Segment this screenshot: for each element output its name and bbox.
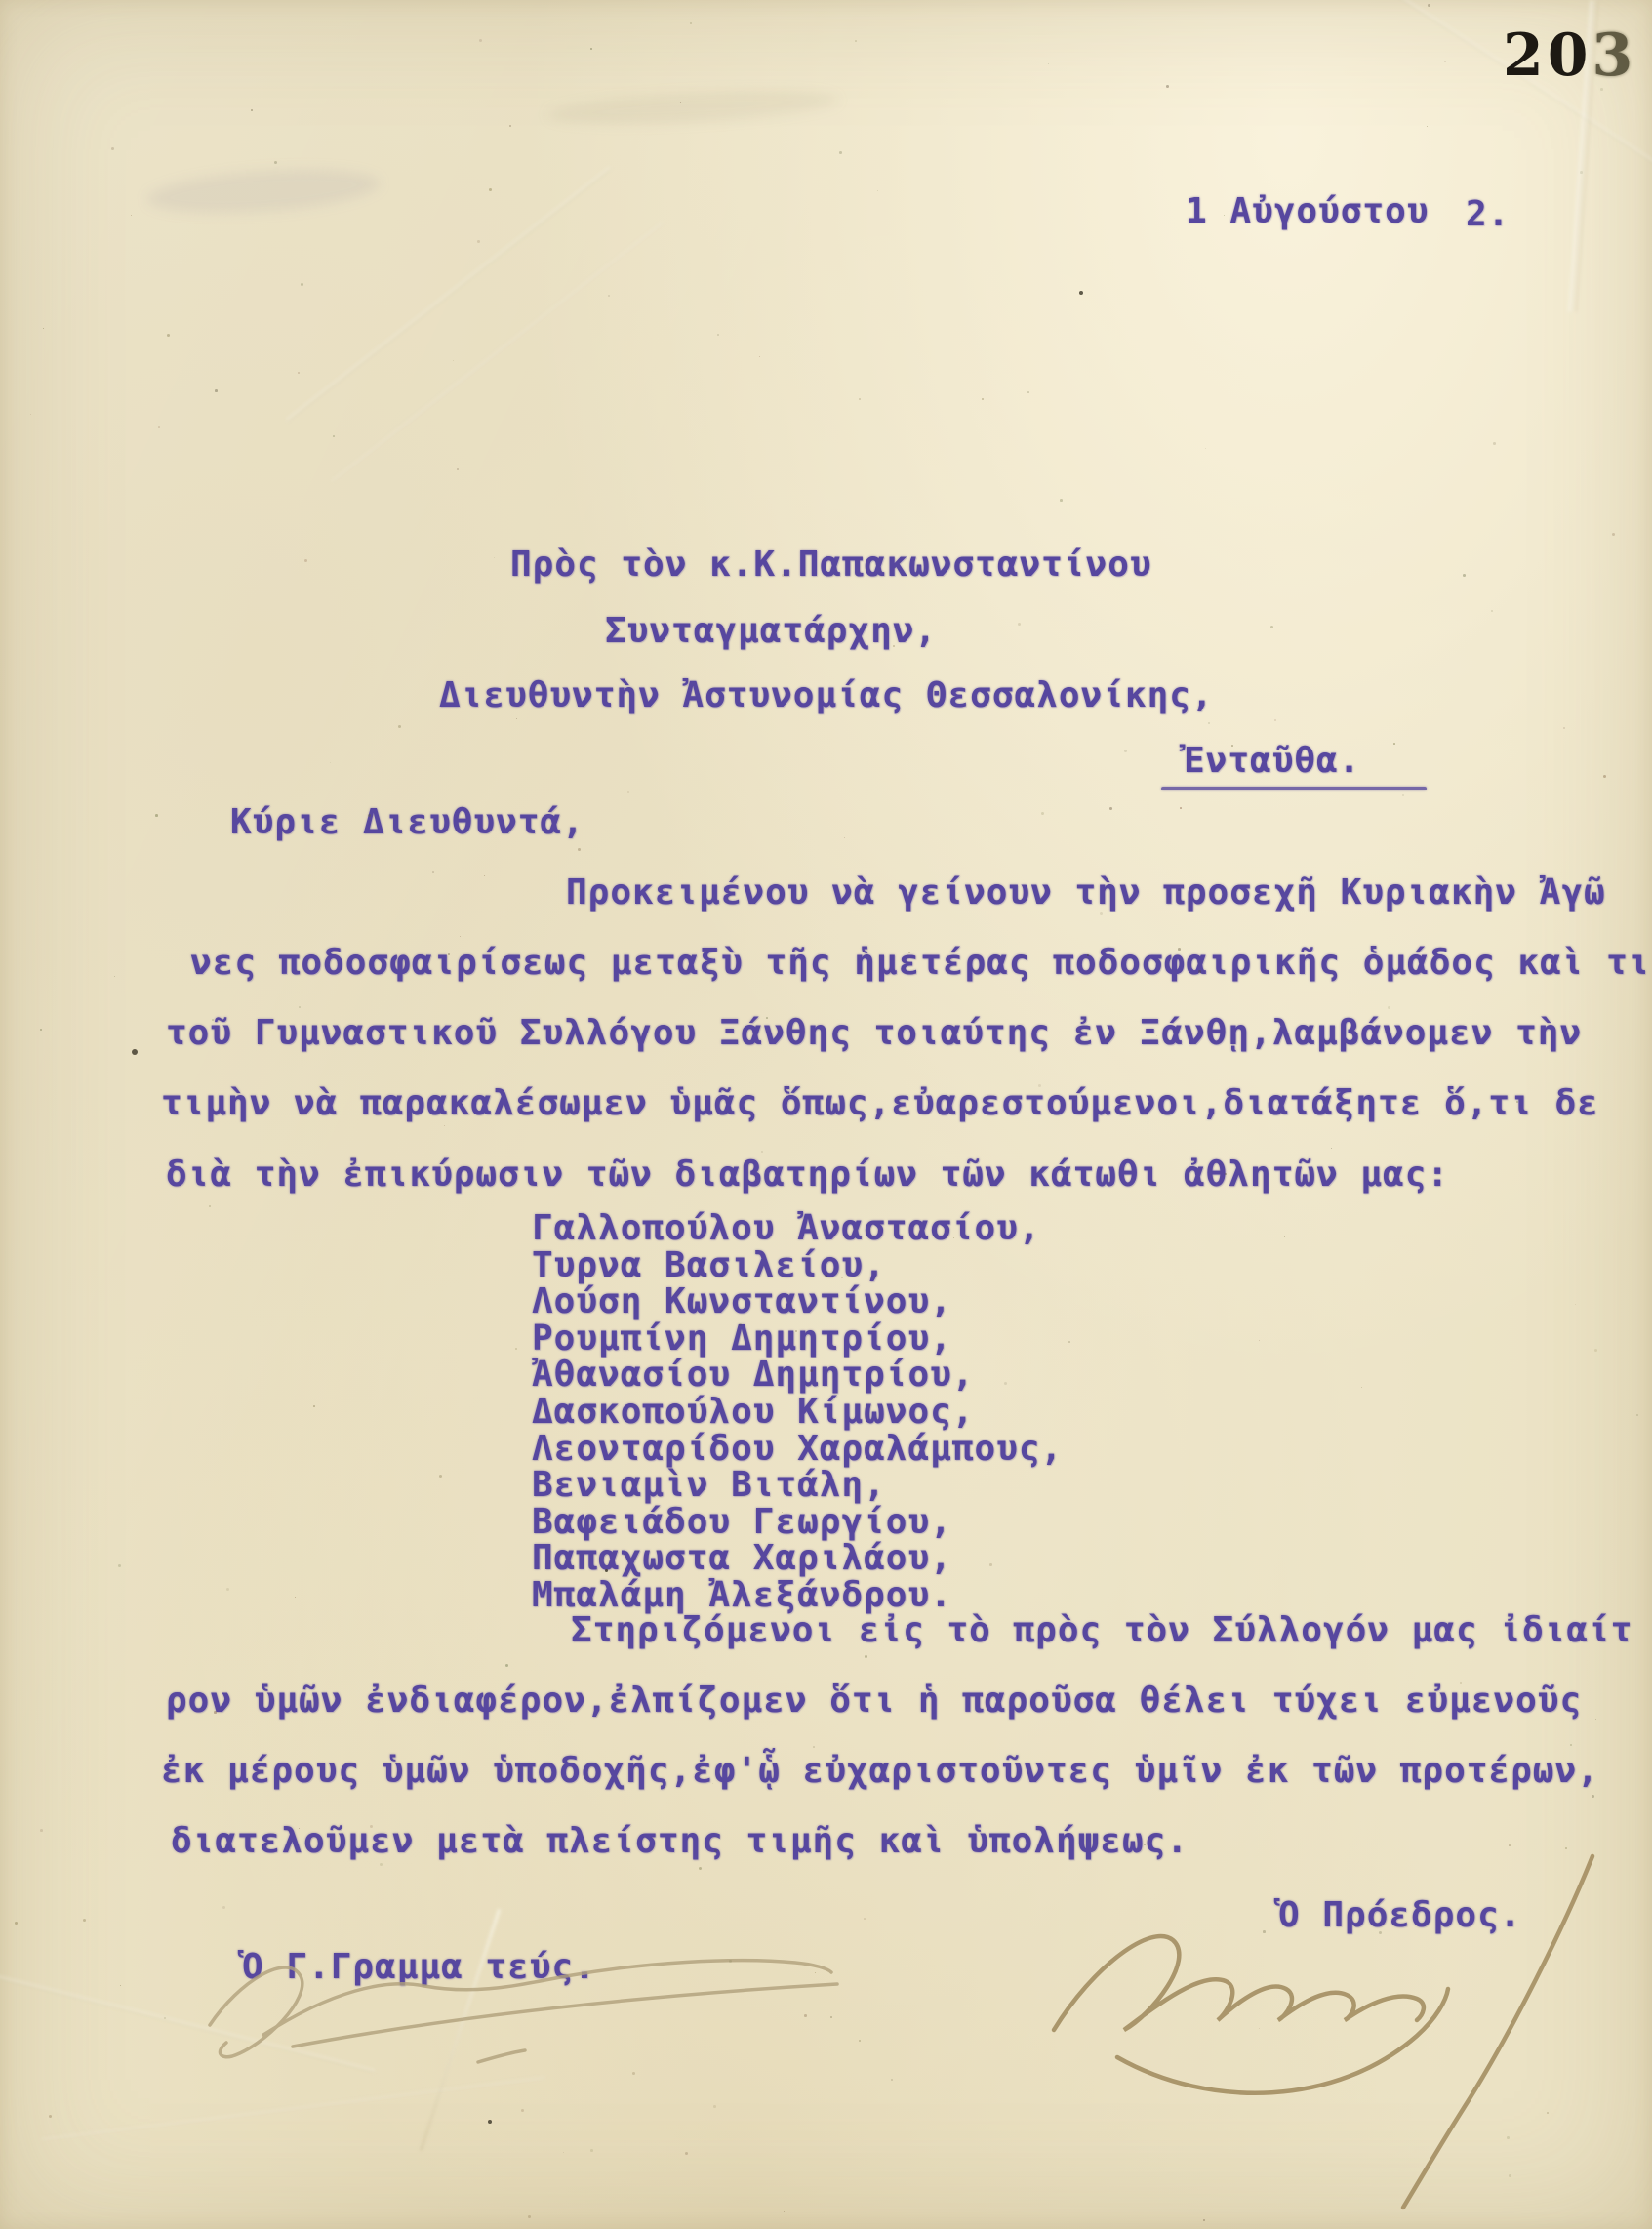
paper-speckle — [1491, 610, 1493, 612]
paper-speckle — [1331, 1148, 1332, 1149]
place-underline — [1161, 787, 1427, 790]
body-line: ἐκ μέρους ὑμῶν ὑποδοχῆς,ἐφ'ᾧ εὐχαριστοῦν… — [161, 1751, 1599, 1792]
paper-speckle — [1259, 1340, 1260, 1341]
athlete-list-item: Παπαχωστα Χαριλάου, — [532, 1540, 1063, 1577]
body-line: τιμὴν νὰ παρακαλέσωμεν ὑμᾶς ὅπως,εὐαρεστ… — [161, 1083, 1599, 1124]
paper-speckle — [49, 2115, 52, 2118]
paper-speckle — [1594, 1349, 1597, 1352]
paper-speckle — [563, 2152, 564, 2153]
paper-speckle — [40, 1829, 43, 1832]
recipient-place-line: Ἐνταῦθα. — [1184, 741, 1360, 782]
scanned-letter-page: 203 1 Αὐγούστου 2. Πρὸς τὸν κ.Κ.Παπακωνσ… — [0, 0, 1652, 2229]
paper-speckle — [528, 2215, 531, 2218]
paper-speckle — [505, 1664, 508, 1667]
paper-speckle — [717, 334, 719, 336]
athlete-list-item: Βαφειάδου Γεωργίου, — [532, 1504, 1063, 1541]
paper-speckle — [685, 2152, 688, 2155]
paper-speckle — [1018, 623, 1021, 626]
paper-speckle — [111, 147, 114, 150]
paper-speckle — [1388, 1006, 1390, 1009]
paper-speckle — [516, 718, 517, 719]
paper-speckle — [251, 109, 253, 111]
athlete-list-item: Μπαλάμη Ἀλεξάνδρου. — [532, 1577, 1063, 1614]
paper-speckle — [167, 334, 170, 337]
page-number-faded-digit: 3 — [1592, 21, 1637, 90]
paper-speckle — [690, 22, 692, 24]
paper-speckle — [1180, 807, 1182, 809]
athlete-list-item: Γαλλοπούλου Ἀναστασίου, — [532, 1210, 1063, 1247]
paper-speckle — [1048, 63, 1049, 64]
paper-speckle — [457, 468, 459, 470]
paper-speckle — [1166, 85, 1169, 88]
paper-speckle — [215, 389, 218, 392]
paper-speckle — [1270, 626, 1273, 628]
paper-speckle — [83, 1919, 86, 1922]
paper-speckle — [226, 1588, 229, 1591]
paper-speckle — [839, 151, 842, 154]
paper-fleck — [132, 1049, 138, 1055]
paper-speckle — [859, 2040, 861, 2042]
athlete-list-item: Λούση Κωνσταντίνου, — [532, 1283, 1063, 1320]
paper-speckle — [494, 557, 495, 558]
ink-smudge — [545, 85, 839, 130]
paper-speckle — [515, 1348, 517, 1350]
paper-speckle — [509, 125, 511, 127]
paper-speckle — [1027, 391, 1029, 393]
paper-speckle — [1570, 1744, 1572, 1746]
paper-speckle — [439, 1475, 442, 1478]
paper-speckle — [1493, 442, 1496, 445]
paper-speckle — [432, 871, 434, 873]
paper-fleck — [488, 2120, 492, 2124]
paper-crease — [287, 167, 612, 422]
paper-speckle — [1612, 533, 1615, 536]
secretary-signature — [185, 1937, 849, 2093]
paper-speckle — [891, 2079, 893, 2081]
paper-speckle — [164, 2017, 166, 2019]
date-year: 2. — [1466, 194, 1510, 235]
paper-speckle — [158, 426, 160, 428]
paper-speckle — [1575, 1304, 1576, 1305]
paper-speckle — [1208, 722, 1210, 724]
body-line: διὰ τὴν ἐπικύρωσιν τῶν διαβατηρίων τῶν κ… — [166, 1155, 1449, 1196]
paper-speckle — [301, 283, 303, 286]
paper-speckle — [1595, 1719, 1596, 1720]
paper-speckle — [859, 398, 861, 400]
paper-speckle — [784, 2211, 785, 2212]
salutation: Κύριε Διευθυντά, — [230, 802, 584, 843]
paper-speckle — [295, 1597, 296, 1598]
paper-speckle — [578, 848, 581, 851]
paper-speckle — [222, 1906, 225, 1909]
body-line: ρον ὑμῶν ἐνδιαφέρον,ἐλπίζομεν ὅτι ἡ παρο… — [166, 1681, 1582, 1722]
paper-speckle — [1563, 727, 1565, 729]
paper-speckle — [1205, 448, 1206, 449]
paper-speckle — [601, 304, 602, 304]
body-line: Προκειμένου νὰ γείνουν τὴν προσεχῆ Κυρια… — [566, 872, 1606, 913]
paper-speckle — [298, 372, 300, 374]
paper-speckle — [1274, 719, 1276, 721]
paper-speckle — [333, 435, 335, 437]
paper-speckle — [608, 295, 610, 297]
paper-speckle — [864, 1918, 866, 1920]
date-text: 1 Αὐγούστου — [1186, 191, 1429, 232]
paper-speckle — [759, 356, 760, 357]
paper-speckle — [489, 188, 492, 191]
paper-speckle — [209, 1205, 211, 1207]
paper-speckle — [627, 791, 629, 793]
paper-fleck — [1079, 291, 1083, 295]
page-number-stamp: 203 — [1503, 21, 1636, 90]
paper-speckle — [330, 762, 331, 763]
paper-speckle — [1592, 1795, 1594, 1798]
paper-crease — [332, 223, 664, 482]
paper-speckle — [1284, 1236, 1285, 1237]
paper-speckle — [1444, 61, 1446, 62]
paper-speckle — [1124, 750, 1127, 752]
paper-speckle — [1060, 499, 1063, 502]
athlete-list: Γαλλοπούλου Ἀναστασίου, Τυρνα Βασιλείου,… — [532, 1210, 1063, 1614]
page-number-main: 20 — [1503, 21, 1592, 90]
paper-speckle — [453, 360, 454, 361]
body-line: τοῦ Γυμναστικοῦ Συλλόγου Ξάνθης τοιαύτης… — [166, 1013, 1582, 1054]
paper-speckle — [699, 1867, 702, 1870]
paper-speckle — [680, 102, 681, 103]
paper-speckle — [877, 190, 878, 191]
paper-speckle — [982, 398, 984, 400]
paper-speckle — [479, 39, 482, 42]
paper-speckle — [855, 40, 857, 42]
ink-smudge — [145, 163, 382, 221]
paper-speckle — [713, 2105, 716, 2108]
paper-speckle — [304, 559, 307, 562]
paper-speckle — [131, 215, 132, 216]
paper-speckle — [1041, 812, 1044, 815]
paper-speckle — [299, 1006, 301, 1008]
paper-speckle — [1393, 743, 1395, 745]
paper-speckle — [484, 875, 485, 876]
paper-speckle — [118, 1564, 121, 1567]
paper-speckle — [274, 161, 277, 164]
paper-speckle — [120, 1985, 121, 1986]
body-line: Στηριζόμενοι εἰς τὸ πρὸς τὸν Σύλλογόν μα… — [571, 1610, 1632, 1651]
paper-speckle — [313, 1405, 315, 1407]
paper-speckle — [865, 1655, 867, 1658]
athlete-list-item: Δασκοπούλου Κίμωνος, — [532, 1394, 1063, 1431]
paper-speckle — [43, 328, 44, 329]
athlete-list-item: Ρουμπίνη Δημητρίου, — [532, 1320, 1063, 1358]
paper-speckle — [1636, 1414, 1638, 1416]
paper-speckle — [761, 1151, 763, 1153]
paper-speckle — [398, 725, 401, 728]
paper-speckle — [477, 240, 480, 243]
paper-speckle — [1427, 126, 1428, 127]
paper-speckle — [1580, 171, 1583, 174]
paper-speckle — [1428, 4, 1430, 7]
paper-speckle — [444, 1125, 445, 1126]
paper-speckle — [844, 837, 845, 838]
recipient-line-2: Συνταγματάρχην, — [605, 611, 937, 652]
paper-speckle — [40, 1029, 42, 1031]
paper-speckle — [460, 936, 461, 937]
paper-speckle — [114, 976, 115, 977]
president-signature — [1034, 1844, 1639, 2225]
paper-speckle — [521, 2109, 524, 2112]
paper-speckle — [155, 814, 158, 817]
athlete-list-item: Βενιαμὶν Βιτάλη, — [532, 1467, 1063, 1504]
paper-speckle — [1068, 1341, 1070, 1343]
paper-speckle — [15, 1922, 18, 1925]
athlete-list-item: Λεονταρίδου Χαραλάμπους, — [532, 1431, 1063, 1468]
athlete-list-item: Ἀθανασίου Δημητρίου, — [532, 1357, 1063, 1394]
paper-speckle — [813, 1746, 815, 1748]
recipient-line-1: Πρὸς τὸν κ.Κ.Παπακωνσταντίνου — [510, 545, 1152, 586]
paper-speckle — [1463, 574, 1466, 577]
body-line: νες ποδοσφαιρίσεως μεταξὺ τῆς ἡμετέρας π… — [190, 943, 1650, 984]
paper-speckle — [1603, 775, 1606, 778]
paper-speckle — [30, 414, 31, 415]
paper-speckle — [590, 48, 592, 50]
paper-speckle — [590, 2149, 593, 2152]
paper-speckle — [1361, 1387, 1362, 1388]
paper-speckle — [380, 1863, 383, 1866]
paper-speckle — [1534, 1803, 1535, 1803]
paper-speckle — [1402, 794, 1404, 796]
athlete-list-item: Τυρνα Βασιλείου, — [532, 1247, 1063, 1284]
recipient-line-3: Διευθυντὴν Ἀστυνομίας Θεσσαλονίκης, — [439, 675, 1214, 716]
paper-speckle — [1109, 807, 1112, 810]
